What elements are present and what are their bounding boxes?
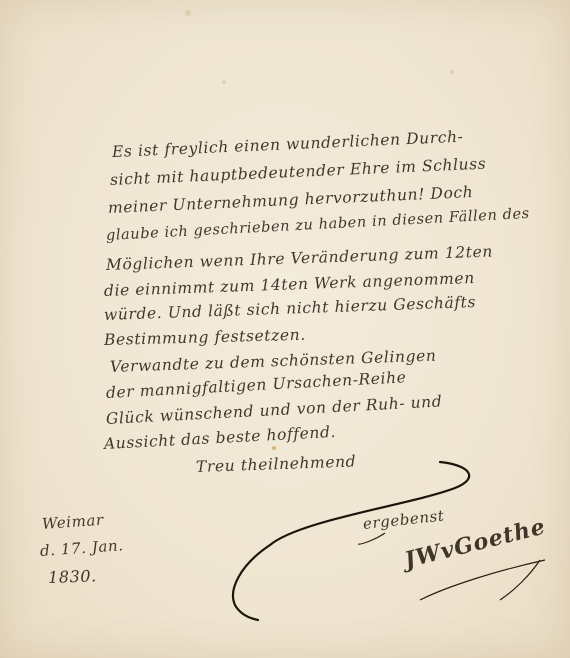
body-line-1: Es ist freylich einen wunderlichen Durch… — [112, 128, 464, 161]
letter-page: Es ist freylich einen wunderlichen Durch… — [0, 0, 570, 658]
paper-spot — [450, 70, 454, 74]
date-day-month: d. 17. Jan. — [39, 536, 124, 560]
body-line-13: Treu theilnehmend — [196, 452, 357, 476]
body-line-8: Bestimmung festsetzen. — [104, 326, 306, 349]
body-line-5: Möglichen wenn Ihre Veränderung zum 12te… — [106, 242, 494, 273]
body-line-2: sicht mit hauptbedeutender Ehre im Schlu… — [110, 155, 487, 189]
paper-spot — [185, 10, 191, 16]
date-year: 1830. — [48, 566, 97, 587]
body-line-12: Aussicht das beste hoffend. — [104, 423, 337, 453]
place-weimar: Weimar — [41, 511, 104, 533]
paper-spot — [222, 80, 226, 84]
paper-spot — [272, 446, 276, 450]
closing-ergebenst: ergebenst — [362, 506, 445, 532]
